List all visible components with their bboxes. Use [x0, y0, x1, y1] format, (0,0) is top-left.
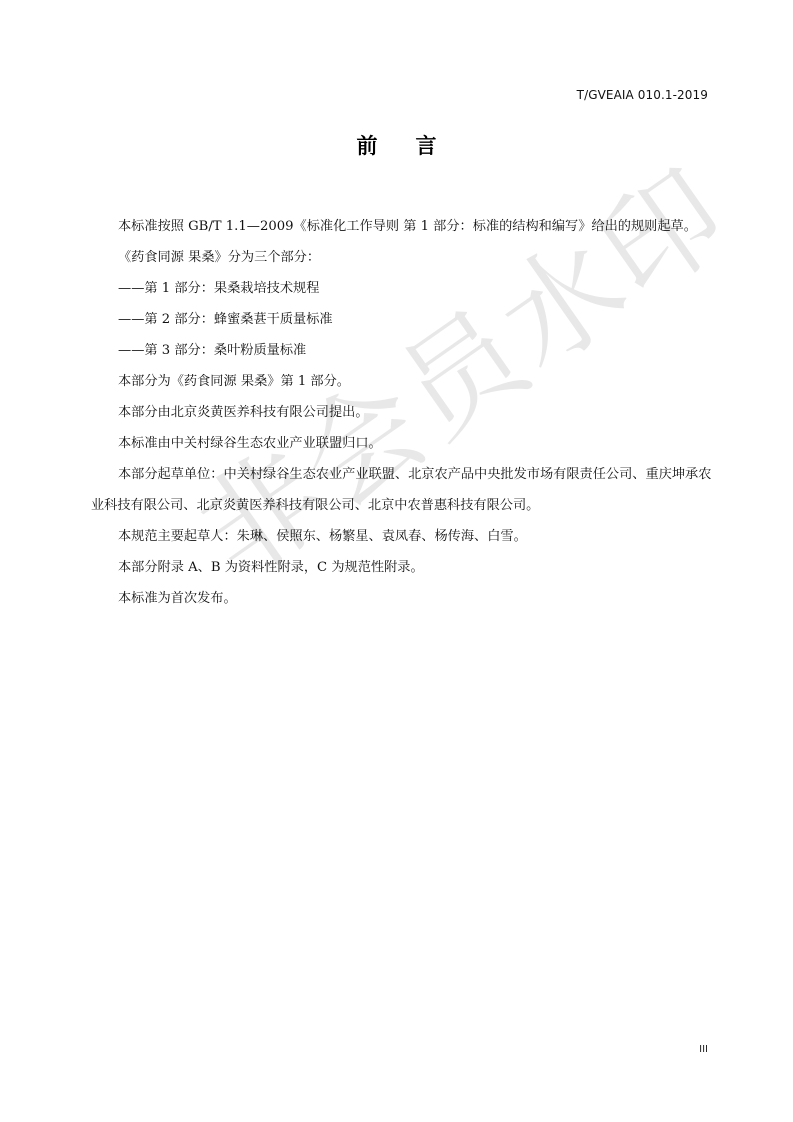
page-number: III — [699, 1044, 708, 1055]
title-char-1: 前 — [357, 130, 378, 160]
foreword-body: 本标准按照 GB/T 1.1—2009《标准化工作导则 第 1 部分：标准的结构… — [91, 211, 713, 614]
list-item-part-2: ——第 2 部分：蜂蜜桑葚干质量标准 — [91, 304, 713, 335]
paragraph-centralized-by: 本标准由中关村绿谷生态农业产业联盟归口。 — [91, 428, 713, 459]
document-code: T/GVEAIA 010.1-2019 — [577, 88, 708, 102]
page-title: 前言 — [0, 130, 793, 160]
paragraph-first-release: 本标准为首次发布。 — [91, 583, 713, 614]
paragraph-this-part: 本部分为《药食同源 果桑》第 1 部分。 — [91, 366, 713, 397]
title-char-2: 言 — [416, 130, 437, 160]
list-item-part-1: ——第 1 部分：果桑栽培技术规程 — [91, 273, 713, 304]
paragraph-drafting-rules: 本标准按照 GB/T 1.1—2009《标准化工作导则 第 1 部分：标准的结构… — [91, 211, 713, 242]
paragraph-drafting-units: 本部分起草单位：中关村绿谷生态农业产业联盟、北京农产品中央批发市场有限责任公司、… — [91, 459, 713, 521]
list-item-part-3: ——第 3 部分：桑叶粉质量标准 — [91, 335, 713, 366]
paragraph-drafters: 本规范主要起草人：朱琳、侯照东、杨繁星、袁凤春、杨传海、白雪。 — [91, 521, 713, 552]
paragraph-appendices: 本部分附录 A、B 为资料性附录，C 为规范性附录。 — [91, 552, 713, 583]
paragraph-parts-intro: 《药食同源 果桑》分为三个部分： — [91, 242, 713, 273]
paragraph-proposed-by: 本部分由北京炎黄医养科技有限公司提出。 — [91, 397, 713, 428]
